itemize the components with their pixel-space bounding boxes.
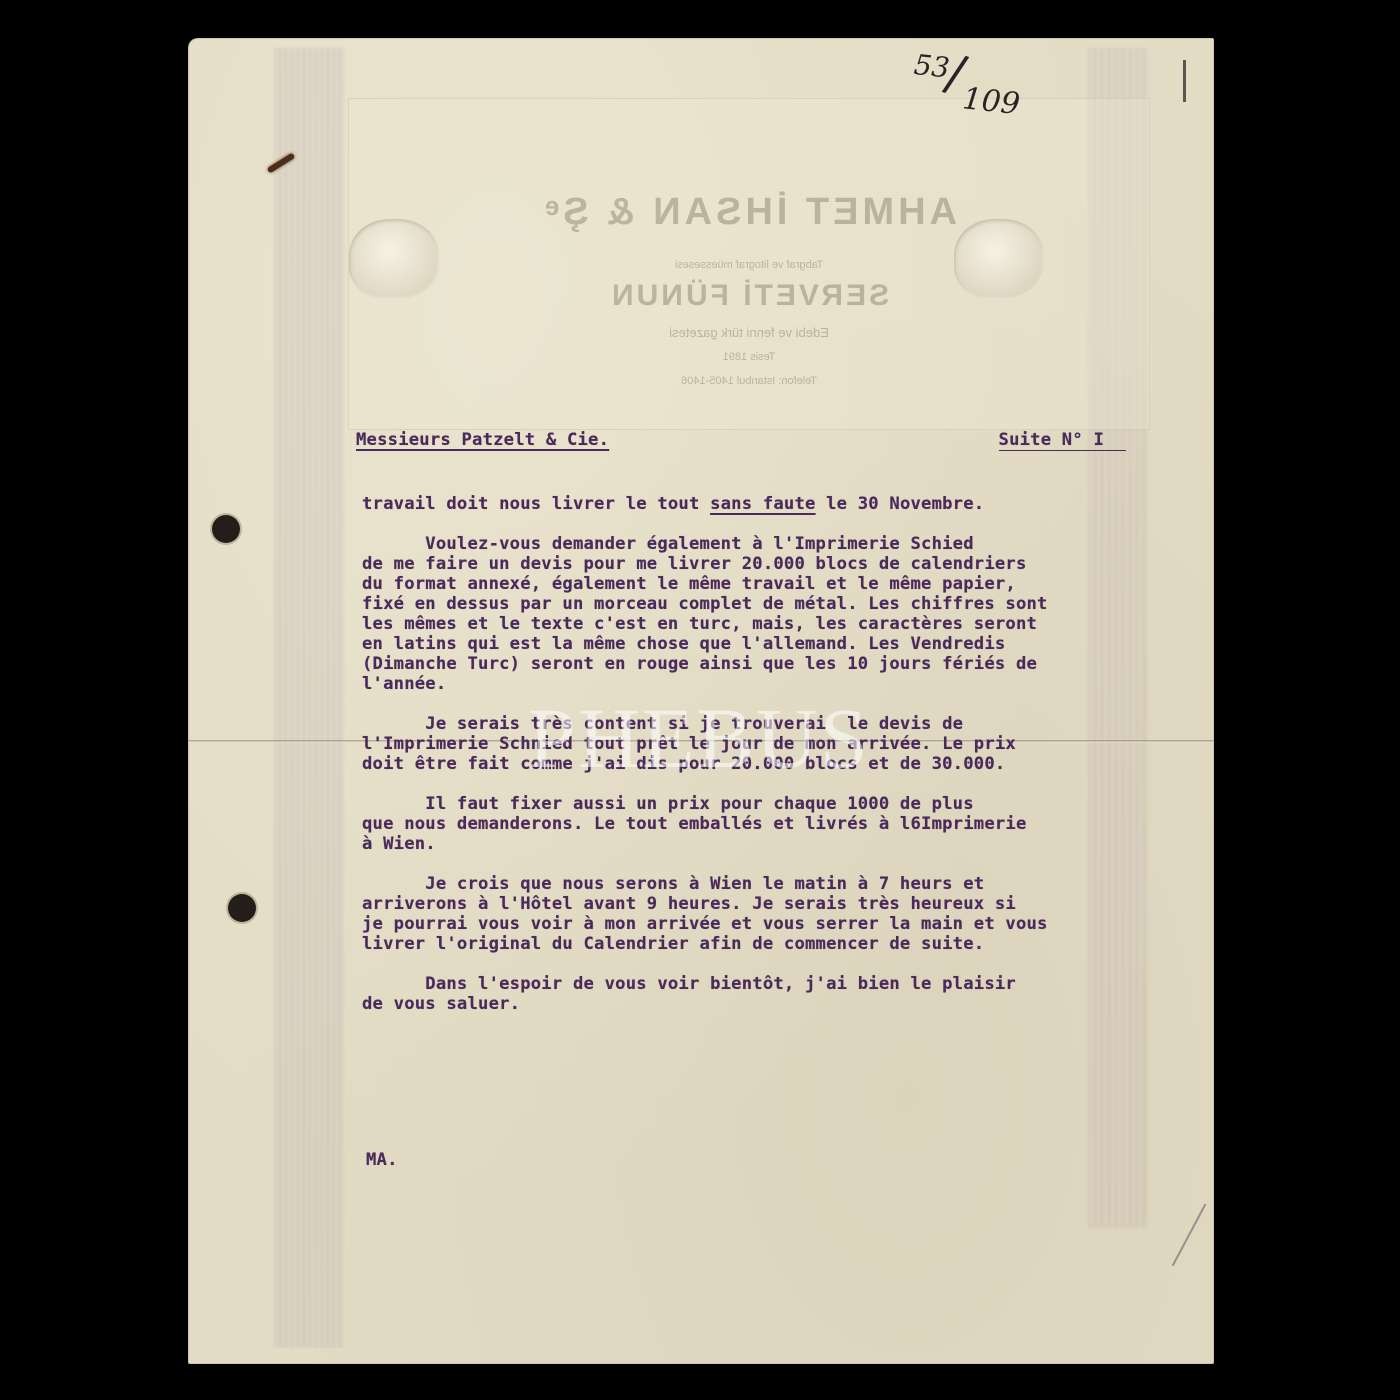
letter-header: Messieurs Patzelt & Cie. Suite N° I	[356, 430, 1126, 454]
paragraph: Il faut fixer aussi un prix pour chaque …	[362, 794, 1222, 854]
opening-line: travail doit nous livrer le tout sans fa…	[362, 494, 1222, 514]
pencil-mark	[1172, 1204, 1207, 1267]
letterhead-showthrough: AHMET İHSAN & Şᵉ Tabgraf ve litograf müe…	[348, 98, 1150, 430]
paragraph: Je serais très content si je trouverai l…	[362, 714, 1222, 774]
letter-body: travail doit nous livrer le tout sans fa…	[362, 494, 1222, 1034]
paragraph: Voulez-vous demander également à l'Impri…	[362, 534, 1222, 694]
punch-hole-icon	[212, 515, 240, 543]
signature-initials: MA.	[366, 1150, 398, 1170]
letter-page: AHMET İHSAN & Şᵉ Tabgraf ve litograf müe…	[188, 38, 1214, 1364]
punch-hole-icon	[228, 894, 256, 922]
paragraph: Je crois que nous serons à Wien le matin…	[362, 874, 1222, 954]
letterhead-company-name: AHMET İHSAN & Şᵉ	[349, 191, 1149, 234]
pencil-mark	[1183, 60, 1186, 102]
page-marker: Suite N° I	[999, 430, 1126, 451]
emphasis-underlined: sans faute	[710, 494, 815, 514]
recipient: Messieurs Patzelt & Cie.	[356, 430, 609, 450]
letterhead-line: Tabgraf ve litograf müessesesi	[349, 259, 1149, 271]
letterhead-line: Tesis 1891	[349, 351, 1149, 363]
letterhead-line: Edebi ve fenni türk gazetesi	[349, 325, 1149, 340]
letterhead-publication: SERVETİ FÜNUN	[349, 279, 1149, 313]
archive-number-bottom: 109	[961, 81, 1022, 122]
carbon-smudge-left	[274, 48, 344, 1348]
closing-paragraph: Dans l'espoir de vous voir bientôt, j'ai…	[362, 974, 1222, 1014]
letterhead-line: Telefon: Istanbul 1405-1406	[349, 375, 1149, 387]
